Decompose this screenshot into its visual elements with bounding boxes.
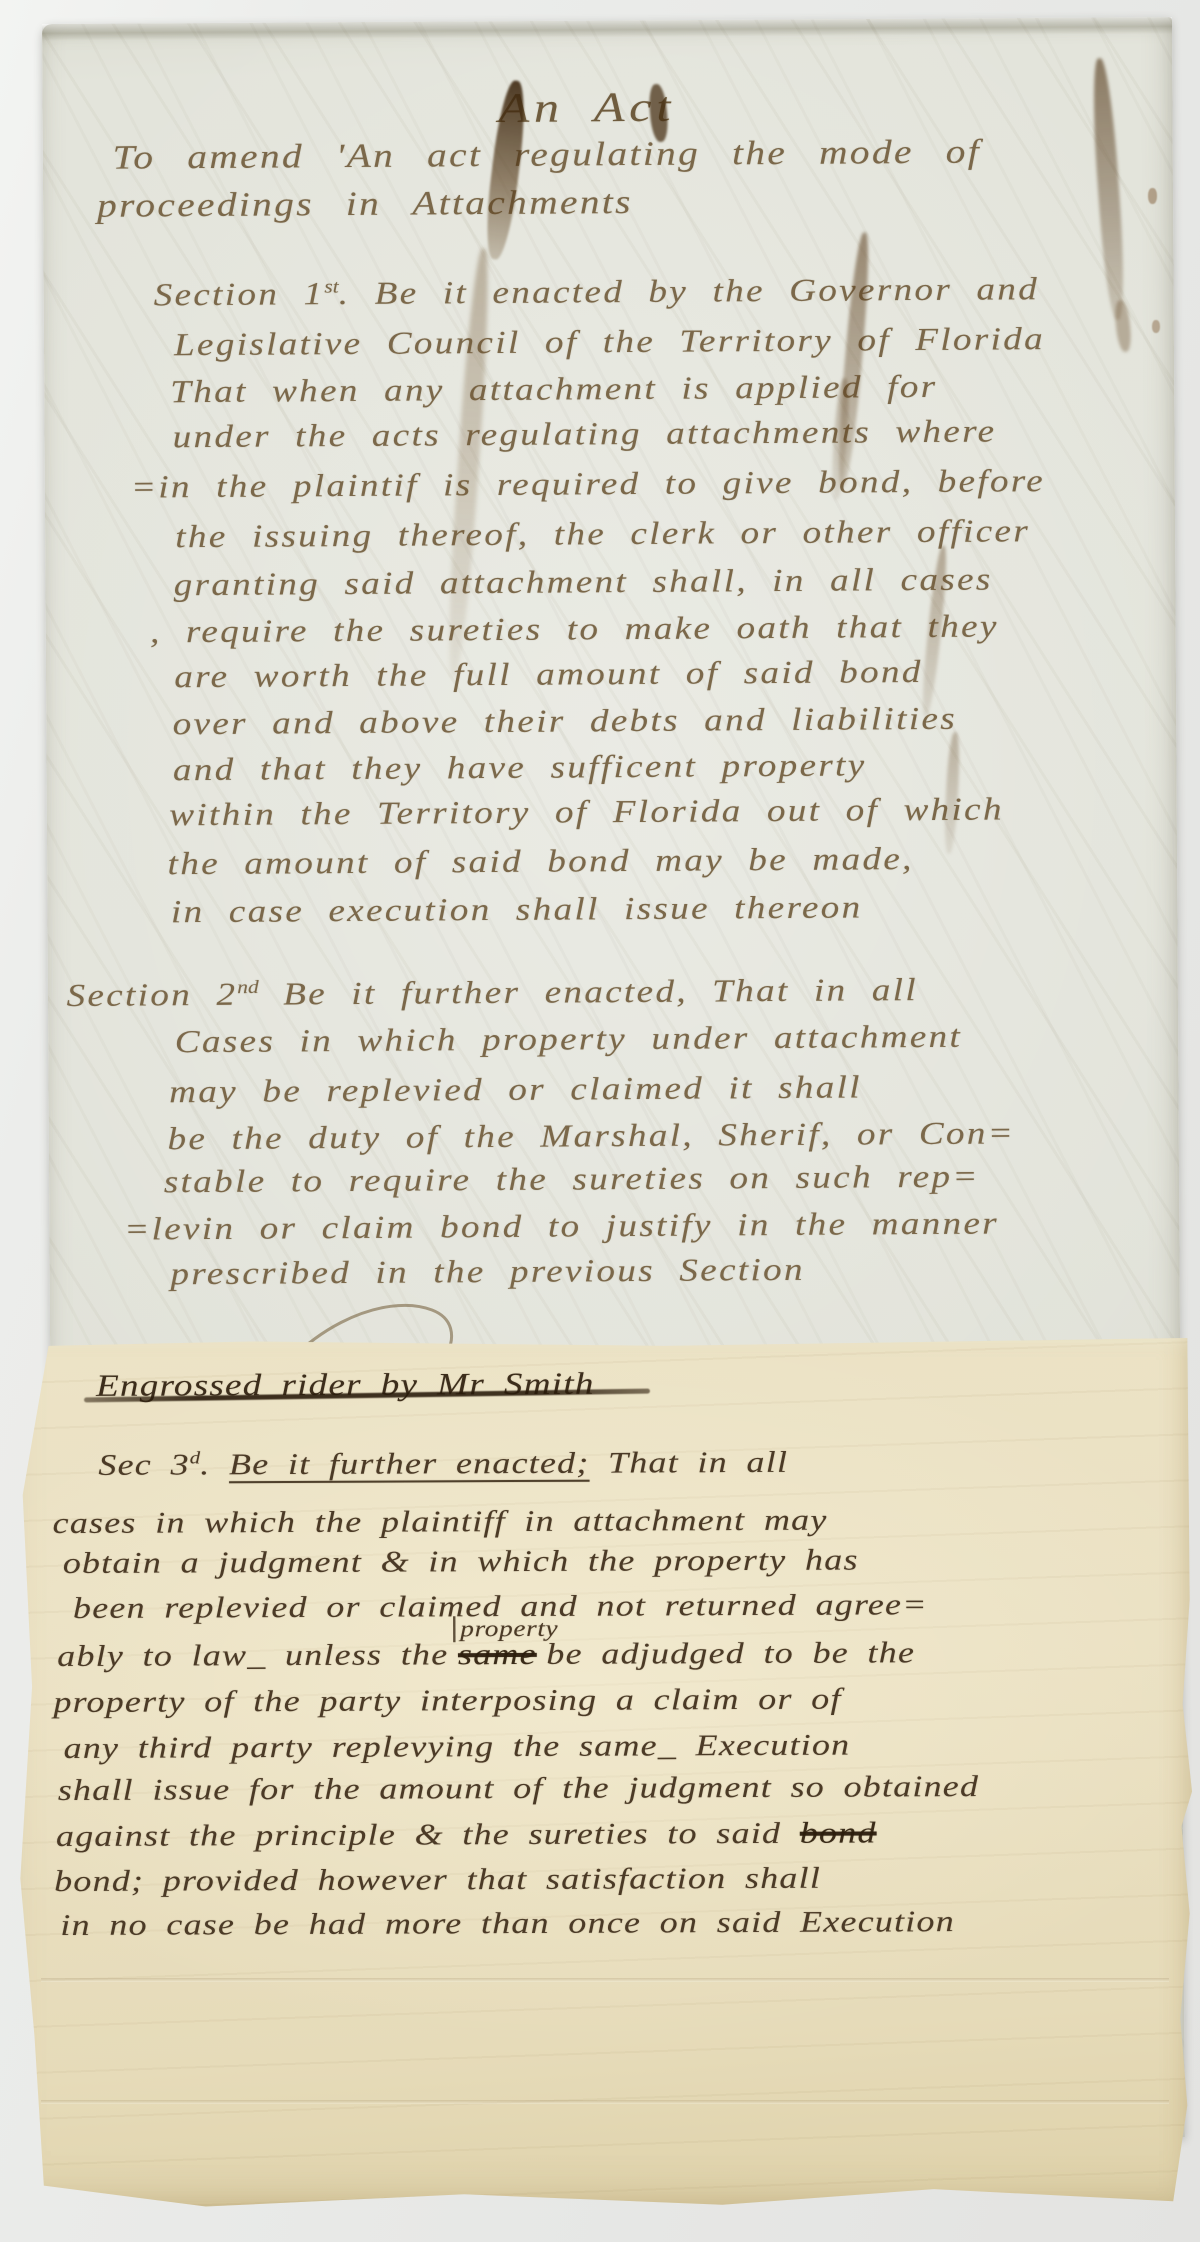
paper-crease xyxy=(41,2100,1168,2104)
paper-fold xyxy=(42,17,1172,41)
scanned-document: An Act To amend 'An act regulating the m… xyxy=(0,0,1200,2242)
rider-slip xyxy=(18,1338,1192,2210)
paper-crease xyxy=(41,1978,1168,1982)
